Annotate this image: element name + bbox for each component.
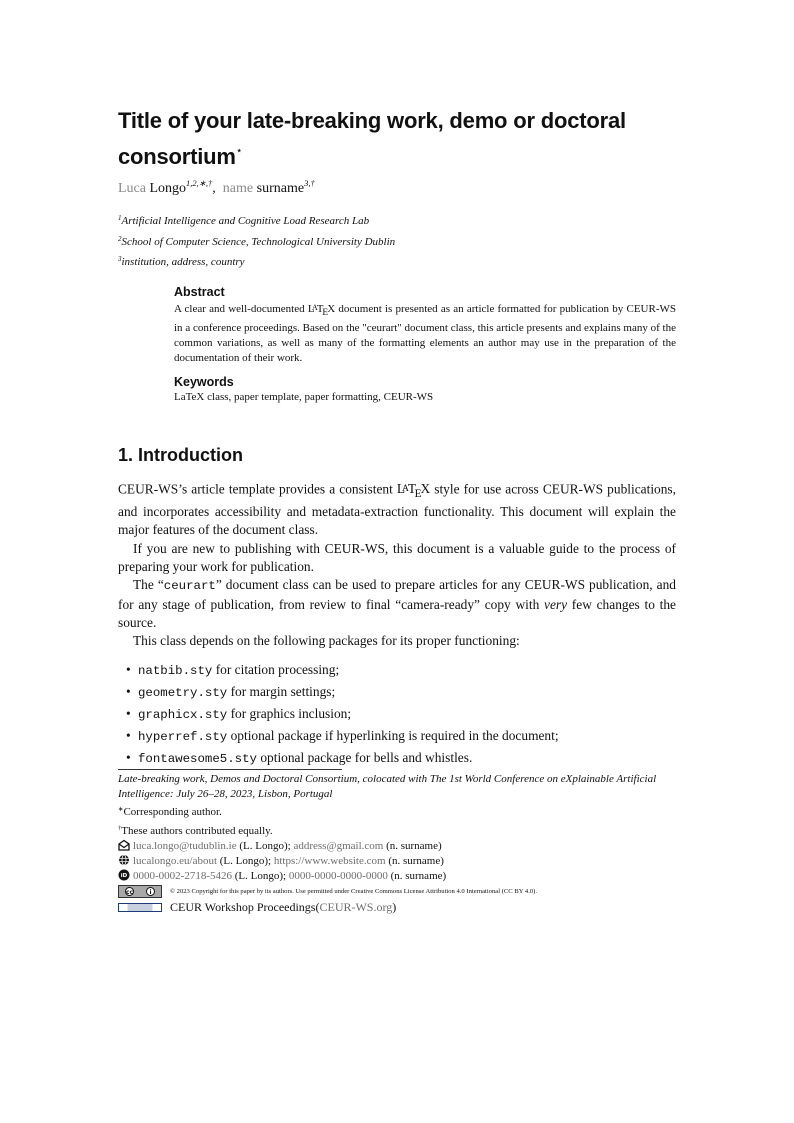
paren: ) xyxy=(392,900,396,915)
orcid-link[interactable]: 0000-0002-2718-5426 xyxy=(133,870,232,882)
package-name: hyperref.sty xyxy=(138,730,227,744)
bullet-icon: • xyxy=(126,748,131,768)
latex-logo: LATEX xyxy=(308,303,335,315)
package-name: graphicx.sty xyxy=(138,708,227,722)
bullet-icon: • xyxy=(126,726,131,746)
cc-icon: cc xyxy=(125,887,134,896)
package-desc: for graphics inclusion; xyxy=(227,706,351,721)
list-item: •geometry.sty for margin settings; xyxy=(118,682,676,704)
affiliation: 2School of Computer Science, Technologic… xyxy=(118,231,395,252)
bullet-icon: • xyxy=(126,682,131,702)
svg-text:iD: iD xyxy=(121,873,128,879)
emphasis: very xyxy=(544,597,567,612)
author-family-name: Longo xyxy=(149,181,186,196)
globe-icon xyxy=(118,854,130,866)
author-list: Luca Longo1,2,∗,†, name surname3,† xyxy=(118,174,315,198)
website-owner: (n. surname) xyxy=(386,855,444,867)
abstract-text-part: A clear and well-documented xyxy=(174,303,308,315)
package-desc: for margin settings; xyxy=(227,684,335,699)
package-desc: for citation processing; xyxy=(212,662,339,677)
affiliation-text: Artificial Intelligence and Cognitive Lo… xyxy=(122,215,370,227)
author: Luca Longo1,2,∗,† xyxy=(118,181,212,196)
footnote-equal: †These authors contributed equally. xyxy=(118,821,678,839)
email-owner: (L. Longo); xyxy=(237,840,294,852)
author-given-name: name xyxy=(223,181,253,196)
list-item: •hyperref.sty optional package if hyperl… xyxy=(118,726,676,748)
ceur-link[interactable]: CEUR-WS.org xyxy=(319,900,392,915)
affiliation: 1Artificial Intelligence and Cognitive L… xyxy=(118,210,395,231)
ceur-logo-icon xyxy=(118,903,162,912)
paragraph-text: CEUR-WS’s article template provides a co… xyxy=(118,481,397,496)
package-name: geometry.sty xyxy=(138,686,227,700)
paper-title: Title of your late-breaking work, demo o… xyxy=(118,106,678,172)
orcid-line: iD0000-0002-2718-5426 (L. Longo); 0000-0… xyxy=(118,869,678,884)
footnote-text: Corresponding author. xyxy=(123,806,221,818)
license-line: cc i © 2023 Copyright for this paper by … xyxy=(118,884,678,899)
keywords-heading: Keywords xyxy=(174,375,676,390)
orcid-owner: (L. Longo); xyxy=(232,870,289,882)
website-link[interactable]: lucalongo.eu/about xyxy=(133,855,217,867)
copyright-text: © 2023 Copyright for this paper by its a… xyxy=(170,884,537,899)
cc-by-license-badge[interactable]: cc i xyxy=(118,885,162,898)
package-desc: optional package for bells and whistles. xyxy=(257,750,472,765)
paragraph: If you are new to publishing with CEUR-W… xyxy=(118,540,676,577)
bullet-icon: • xyxy=(126,704,131,724)
paragraph-text: The “ xyxy=(133,577,164,592)
abstract-text: A clear and well-documented LATEX docume… xyxy=(174,300,676,367)
website-line: lucalongo.eu/about (L. Longo); https://w… xyxy=(118,854,678,869)
package-list: •natbib.sty for citation processing; •ge… xyxy=(118,660,676,769)
latex-letter: X xyxy=(420,481,430,496)
author-affil-marks[interactable]: 1,2,∗,† xyxy=(186,178,212,188)
author: name surname3,† xyxy=(223,181,315,196)
inline-code: ceurart xyxy=(164,579,216,593)
website-link[interactable]: https://www.website.com xyxy=(274,855,386,867)
ceur-line: CEUR Workshop Proceedings (CEUR-WS.org) xyxy=(118,899,678,915)
list-item: •fontawesome5.sty optional package for b… xyxy=(118,748,676,770)
envelope-open-icon xyxy=(118,839,130,851)
website-owner: (L. Longo); xyxy=(217,855,274,867)
email-link[interactable]: luca.longo@tudublin.ie xyxy=(133,840,237,852)
list-item: •natbib.sty for citation processing; xyxy=(118,660,676,682)
ceur-label: CEUR Workshop Proceedings xyxy=(170,900,315,915)
abstract-heading: Abstract xyxy=(174,285,676,300)
title-footnote-marker[interactable]: ⋆ xyxy=(236,145,243,157)
bullet-icon: • xyxy=(126,660,131,680)
package-name: natbib.sty xyxy=(138,664,212,678)
list-item: •graphicx.sty for graphics inclusion; xyxy=(118,704,676,726)
email-owner: (n. surname) xyxy=(383,840,441,852)
paragraph: This class depends on the following pack… xyxy=(118,632,676,650)
footnote-conference: Late-breaking work, Demos and Doctoral C… xyxy=(118,772,678,802)
by-icon: i xyxy=(146,887,155,896)
affiliation-list: 1Artificial Intelligence and Cognitive L… xyxy=(118,210,395,272)
orcid-owner: (n. surname) xyxy=(388,870,446,882)
email-line: luca.longo@tudublin.ie (L. Longo); addre… xyxy=(118,839,678,854)
footnote-rule xyxy=(118,769,342,770)
footnote-corresponding: ∗Corresponding author. xyxy=(118,802,678,820)
affiliation-text: School of Computer Science, Technologica… xyxy=(122,236,396,248)
email-link[interactable]: address@gmail.com xyxy=(293,840,383,852)
orcid-link[interactable]: 0000-0000-0000-0000 xyxy=(289,870,388,882)
keywords-text: LaTeX class, paper template, paper forma… xyxy=(174,390,676,405)
affiliation-text: institution, address, country xyxy=(122,256,245,268)
footnotes: Late-breaking work, Demos and Doctoral C… xyxy=(118,772,678,915)
section-body-introduction: CEUR-WS’s article template provides a co… xyxy=(118,480,676,769)
footnote-text: These authors contributed equally. xyxy=(121,825,272,837)
latex-logo: LATEX xyxy=(397,481,430,496)
orcid-icon: iD xyxy=(118,869,130,881)
package-desc: optional package if hyperlinking is requ… xyxy=(227,728,558,743)
title-text: Title of your late-breaking work, demo o… xyxy=(118,108,626,169)
author-family-name: surname xyxy=(257,181,304,196)
abstract-block: Abstract A clear and well-documented LAT… xyxy=(174,285,676,405)
author-affil-marks[interactable]: 3,† xyxy=(304,178,315,188)
section-heading-introduction: 1. Introduction xyxy=(118,444,243,466)
package-name: fontawesome5.sty xyxy=(138,752,257,766)
affiliation: 3institution, address, country xyxy=(118,251,395,272)
latex-letter: X xyxy=(327,303,335,315)
author-given-name: Luca xyxy=(118,181,146,196)
paragraph: CEUR-WS’s article template provides a co… xyxy=(118,480,676,540)
paragraph: The “ceurart” document class can be used… xyxy=(118,576,676,632)
